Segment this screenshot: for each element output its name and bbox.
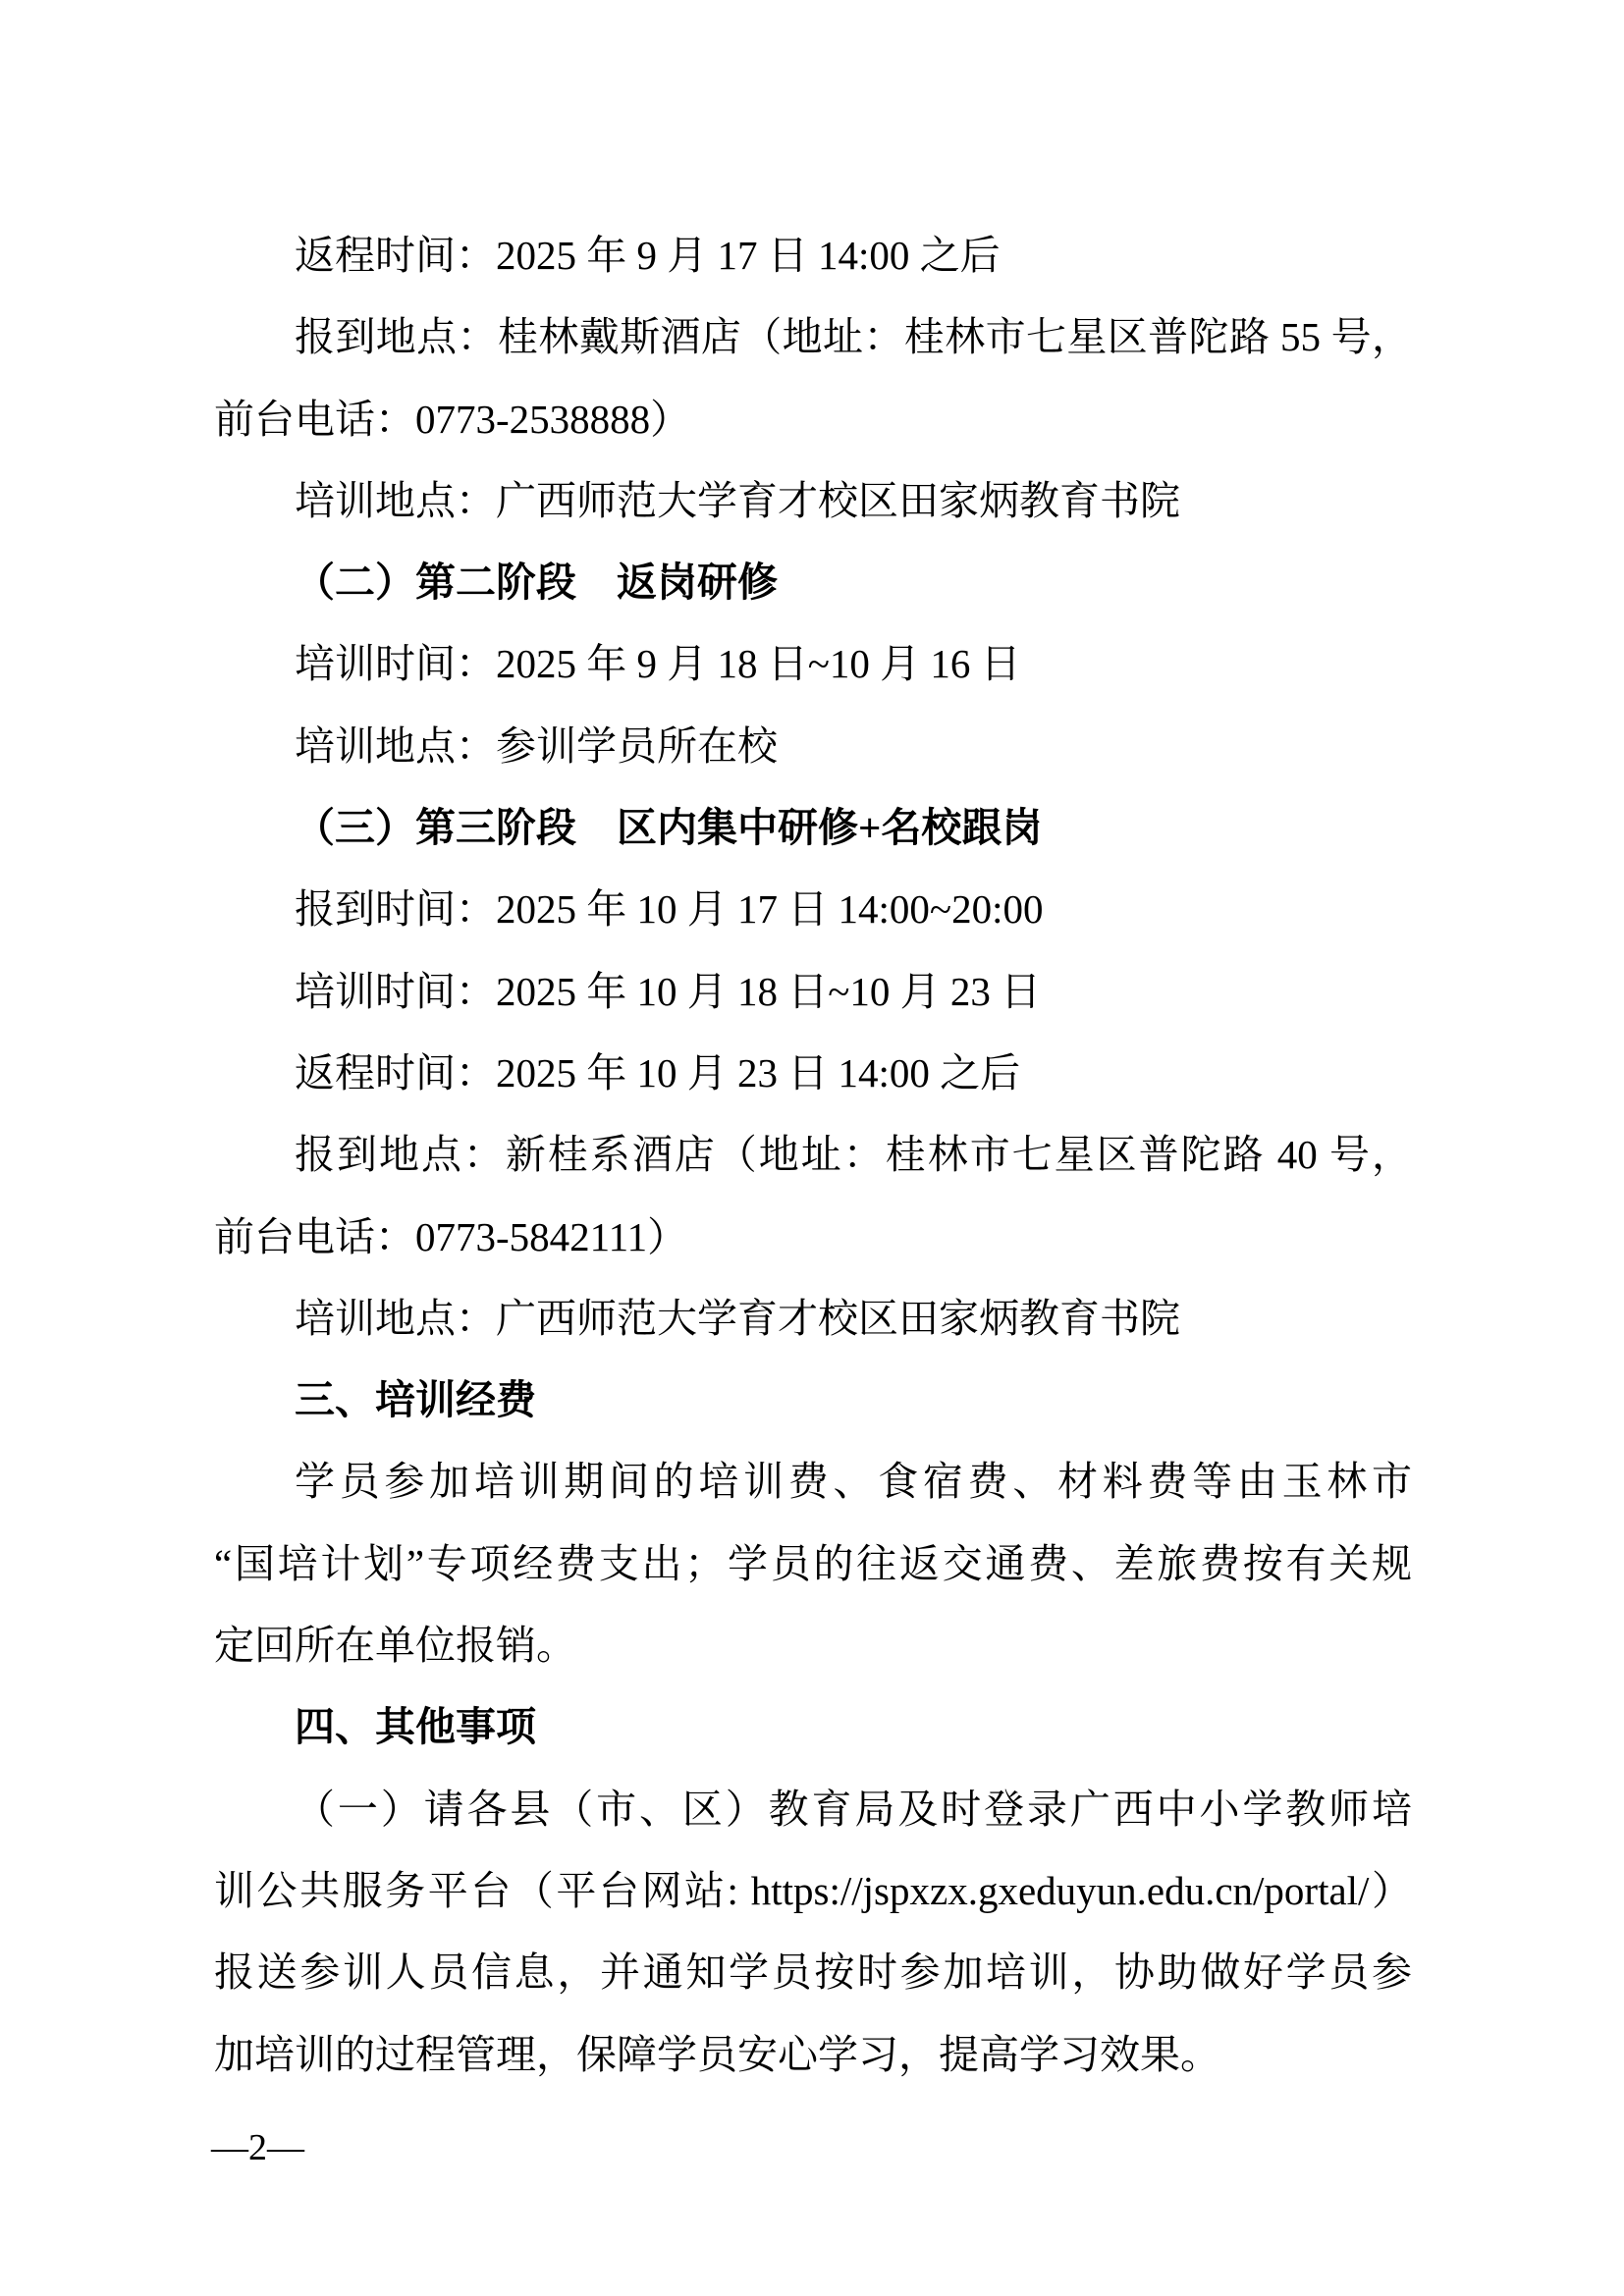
line-training-time: 培训时间：2025 年 9 月 18 日~10 月 16 日 — [214, 623, 1412, 705]
line-checkin-time: 报到时间：2025 年 10 月 17 日 14:00~20:00 — [214, 869, 1412, 950]
page-number: —2— — [211, 2118, 304, 2177]
line-funds-paragraph: 学员参加培训期间的培训费、食宿费、材料费等由玉林市 — [214, 1441, 1412, 1522]
line-funds-paragraph: 定回所在单位报销。 — [214, 1605, 1412, 1686]
document-page: 返程时间：2025 年 9 月 17 日 14:00 之后 报到地点：桂林戴斯酒… — [214, 215, 1412, 2096]
line-training-location: 培训地点：广西师范大学育才校区田家炳教育书院 — [214, 1278, 1412, 1360]
heading-stage-three: （三）第三阶段 区内集中研修+名校跟岗 — [214, 787, 1412, 869]
line-checkin-location: 报到地点：桂林戴斯酒店（地址：桂林市七星区普陀路 55 号， — [214, 296, 1412, 378]
heading-other-matters: 四、其他事项 — [214, 1686, 1412, 1768]
line-checkin-location: 报到地点：新桂系酒店（地址：桂林市七星区普陀路 40 号， — [214, 1114, 1412, 1196]
line-other-matters-paragraph: 训公共服务平台（平台网站: https://jspxzx.gxeduyun.ed… — [214, 1850, 1412, 1932]
heading-training-funds: 三、培训经费 — [214, 1360, 1412, 1441]
line-funds-paragraph: “国培计划”专项经费支出；学员的往返交通费、差旅费按有关规 — [214, 1523, 1412, 1605]
line-front-desk-phone: 前台电话：0773-5842111） — [214, 1197, 1412, 1278]
line-other-matters-paragraph: 加培训的过程管理，保障学员安心学习，提高学习效果。 — [214, 2014, 1412, 2096]
line-other-matters-paragraph: 报送参训人员信息，并通知学员按时参加培训，协助做好学员参 — [214, 1932, 1412, 2013]
line-front-desk-phone: 前台电话：0773-2538888） — [214, 379, 1412, 460]
line-return-time: 返程时间：2025 年 10 月 23 日 14:00 之后 — [214, 1033, 1412, 1114]
line-training-time: 培训时间：2025 年 10 月 18 日~10 月 23 日 — [214, 951, 1412, 1033]
line-training-location: 培训地点：参训学员所在校 — [214, 706, 1412, 787]
heading-stage-two: （二）第二阶段 返岗研修 — [214, 542, 1412, 623]
line-return-time: 返程时间：2025 年 9 月 17 日 14:00 之后 — [214, 215, 1412, 296]
line-training-location: 培训地点：广西师范大学育才校区田家炳教育书院 — [214, 460, 1412, 542]
line-other-matters-paragraph: （一）请各县（市、区）教育局及时登录广西中小学教师培 — [214, 1769, 1412, 1850]
